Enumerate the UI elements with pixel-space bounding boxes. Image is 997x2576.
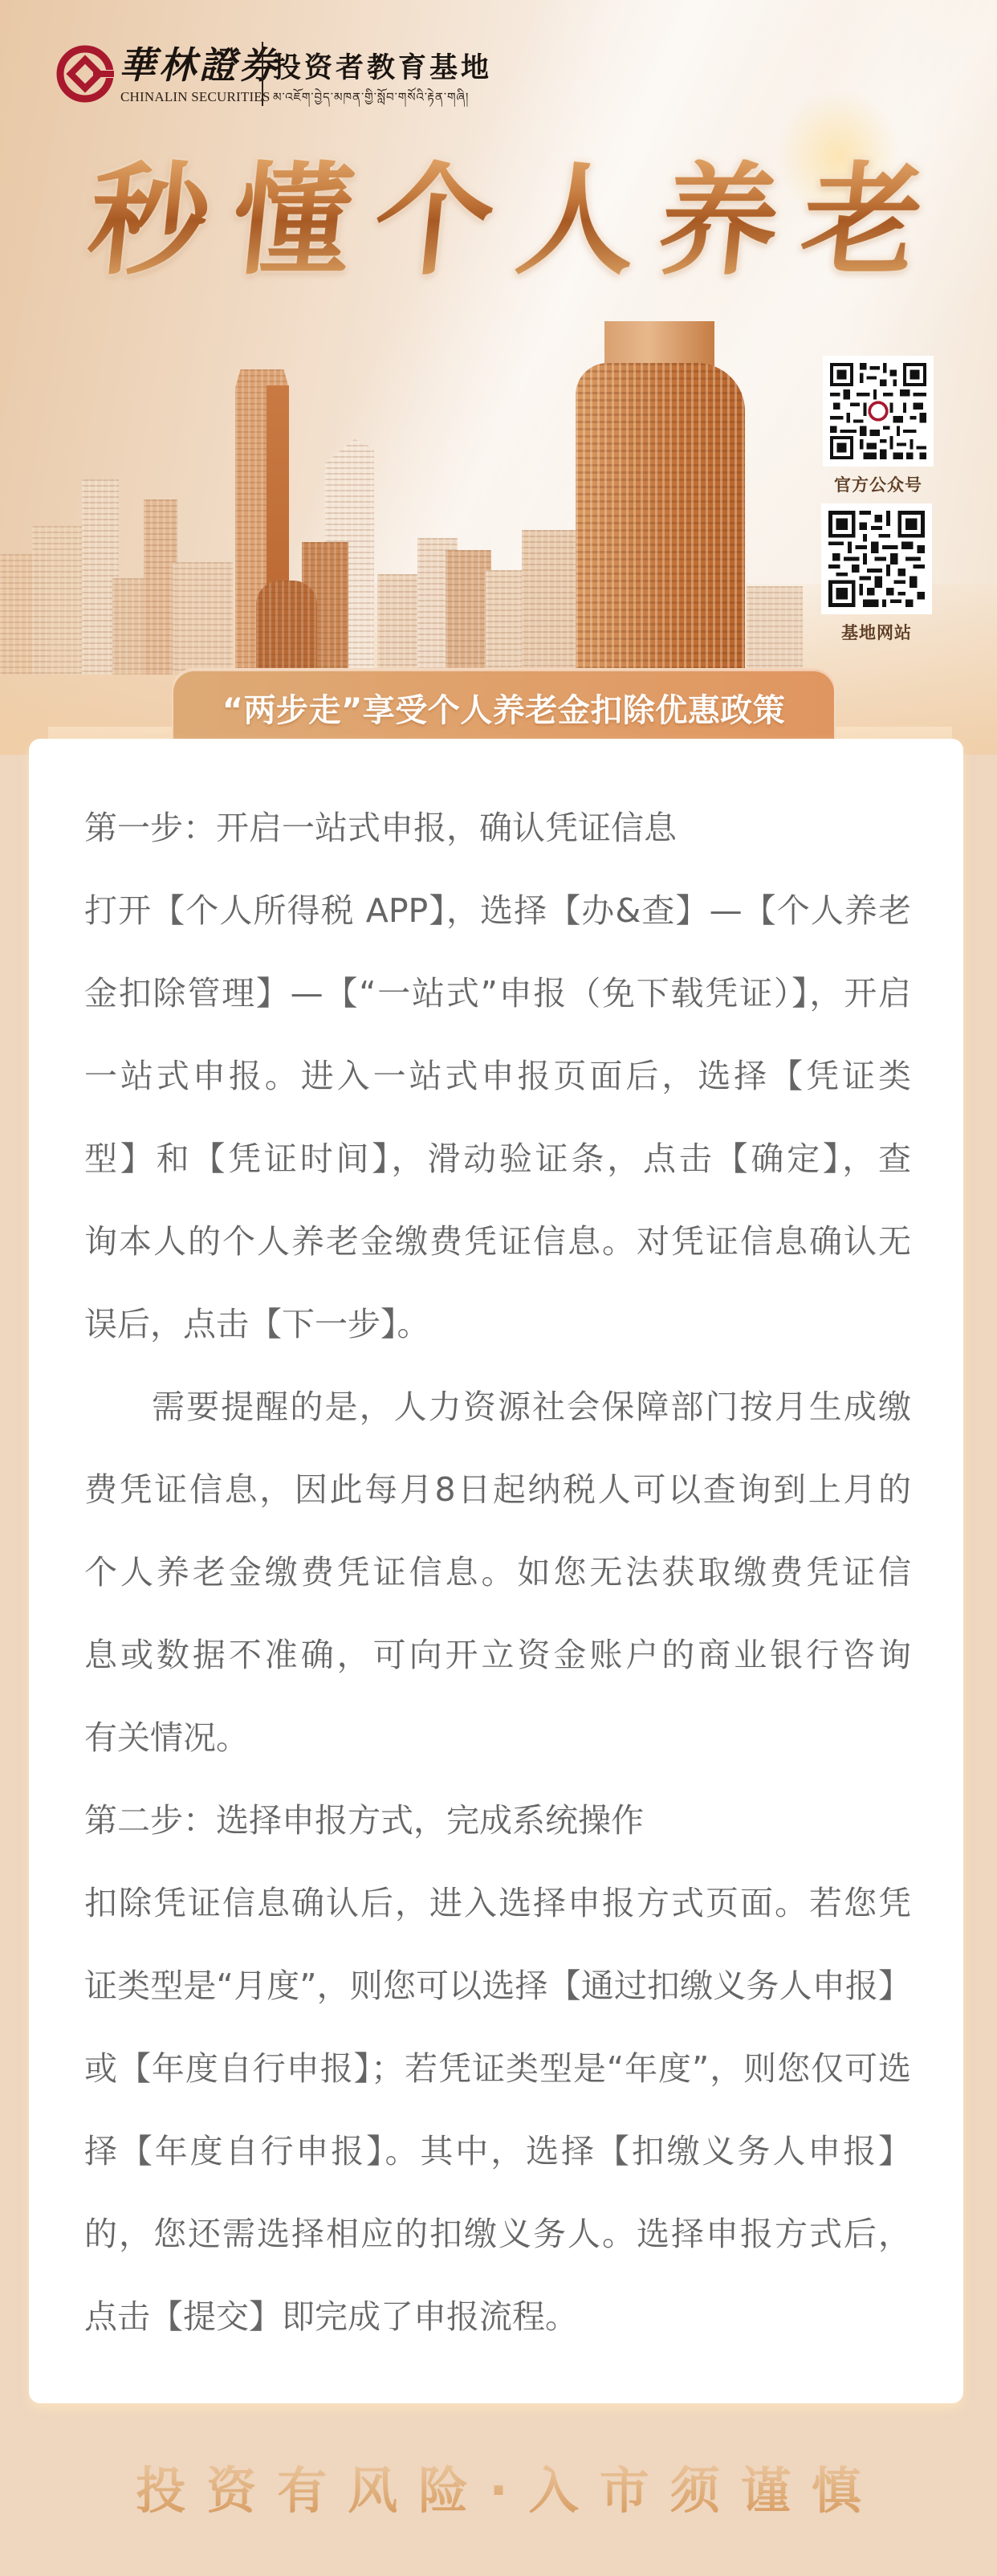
page-title: 秒 懂 个 人 养 老 <box>80 161 931 281</box>
step-one-heading: 第一步：开启一站式申报，确认凭证信息 <box>84 787 911 870</box>
body-line: 证类型是“月度”，则您可以选择【通过扣缴义务人申报】 <box>84 1945 911 2028</box>
qr-label-base-website: 基地网站 <box>812 623 941 642</box>
body-line: 点击【提交】即完成了申报流程。 <box>84 2276 911 2358</box>
title-char: 老 <box>787 160 938 283</box>
qr-code-base-website[interactable] <box>821 503 932 614</box>
body-line: 需要提醒的是，人力资源社会保障部门按月生成缴 <box>84 1366 911 1449</box>
section-banner-title: “两步走”享受个人养老金扣除优惠政策 <box>173 692 834 729</box>
body-line: 误后，点击【下一步】。 <box>84 1283 911 1366</box>
hero-section: 華林證券 CHINALIN SECURITIES 投资者教育基地 མ་འཇོག་… <box>0 0 997 755</box>
body-line: 询本人的个人养老金缴费凭证信息。对凭证信息确认无 <box>84 1200 911 1283</box>
title-char: 人 <box>502 160 653 283</box>
body-line: 费凭证信息，因此每月8日起纳税人可以查询到上月的 <box>84 1449 911 1531</box>
body-line: 一站式申报。进入一站式申报页面后，选择【凭证类 <box>84 1035 911 1118</box>
brand-name-cn: 華林證券 <box>119 43 279 87</box>
investor-education-base-tibetan: མ་འཇོག་བྱེད་མཁན་གྱི་སློབ་གསོའི་རྟེན་གཞི། <box>273 90 469 104</box>
qr-code-icon <box>830 363 926 459</box>
qr-label-official-account: 官方公众号 <box>814 475 942 495</box>
title-char: 个 <box>359 160 510 283</box>
brand-logo: 華林證券 CHINALIN SECURITIES 投资者教育基地 མ་འཇོག་… <box>55 42 536 106</box>
body-line: 型】和【凭证时间】，滑动验证条，点击【确定】，查 <box>84 1118 911 1200</box>
step-two-heading: 第二步：选择申报方式，完成系统操作 <box>84 1779 911 1862</box>
city-skyline-illustration <box>0 313 803 675</box>
body-line: 打开【个人所得税 APP】，选择【办&查】—【个人养老 <box>84 870 911 952</box>
body-line: 有关情况。 <box>84 1697 911 1779</box>
qr-code-official-account[interactable] <box>823 356 934 467</box>
chinalin-logo-icon <box>56 43 114 104</box>
investor-education-base-title: 投资者教育基地 <box>273 53 492 84</box>
body-line: 金扣除管理】—【“一站式”申报（免下载凭证）】，开启 <box>84 952 911 1035</box>
title-char: 秒 <box>74 160 225 283</box>
content-card: 第一步：开启一站式申报，确认凭证信息 打开【个人所得税 APP】，选择【办&查】… <box>29 739 963 2403</box>
body-line: 个人养老金缴费凭证信息。如您无法获取缴费凭证信 <box>84 1531 911 1614</box>
risk-disclaimer-text: 投资有风险·入市须谨慎 <box>115 2457 882 2525</box>
brand-name-en: CHINALIN SECURITIES <box>120 90 271 104</box>
title-char: 养 <box>644 160 795 283</box>
risk-disclaimer-footer: 投资有风险·入市须谨慎 <box>0 2457 997 2525</box>
body-line: 或【年度自行申报】；若凭证类型是“年度”，则您仅可选 <box>84 2028 911 2110</box>
article-body: 第一步：开启一站式申报，确认凭证信息 打开【个人所得税 APP】，选择【办&查】… <box>84 787 911 2358</box>
logo-divider <box>262 42 263 106</box>
body-line: 择【年度自行申报】。其中，选择【扣缴义务人申报】 <box>84 2110 911 2193</box>
qr-code-icon <box>828 511 925 607</box>
body-line: 息或数据不准确，可向开立资金账户的商业银行咨询 <box>84 1614 911 1697</box>
body-line: 扣除凭证信息确认后，进入选择申报方式页面。若您凭 <box>84 1862 911 1945</box>
title-char: 懂 <box>217 160 368 283</box>
body-line: 的，您还需选择相应的扣缴义务人。选择申报方式后， <box>84 2193 911 2276</box>
